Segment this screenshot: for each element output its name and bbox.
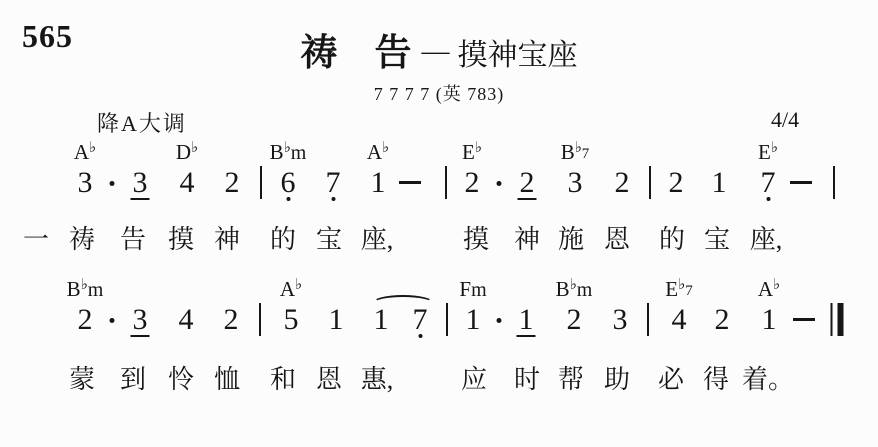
lyric-char: 摸	[168, 226, 194, 254]
chord-root: A	[758, 277, 773, 301]
note: 3A♭	[76, 168, 95, 198]
lyric-char: 告	[120, 226, 146, 254]
lyric-char: 着。	[742, 366, 794, 394]
chord-root: D	[176, 140, 191, 164]
note: 3	[131, 305, 150, 337]
lyric-char: 蒙	[69, 366, 95, 394]
lyric-char: 宝	[704, 226, 730, 254]
dash-note	[793, 318, 815, 321]
chord-root: A	[367, 140, 382, 164]
note: 2	[667, 168, 686, 198]
flat-sign: ♭	[678, 277, 685, 293]
chord-label: A♭	[367, 141, 389, 166]
chord-root: E	[462, 140, 475, 164]
chord-root: E	[758, 140, 771, 164]
note: 1Fm	[464, 305, 483, 335]
chord-root: A	[280, 277, 295, 301]
chord-label: E♭	[462, 141, 482, 166]
octave-dot	[331, 197, 335, 201]
flat-sign: ♭	[89, 140, 96, 156]
chord-suffix: m	[88, 279, 104, 301]
lyric-char: 的	[270, 226, 296, 254]
chord-label: B♭m	[556, 278, 593, 303]
lyrics-line-2: 蒙到怜恤和恩惠,应时帮助必得着。	[0, 366, 878, 398]
lyric-char: 神	[214, 226, 240, 254]
lyric-char: 恩	[316, 366, 342, 394]
lyric-char: 座,	[750, 226, 783, 254]
subtitle: 摸神宝座	[458, 39, 578, 72]
flat-sign: ♭	[284, 140, 291, 156]
note: 3	[131, 168, 150, 200]
chord-root: B	[270, 140, 284, 164]
chord-label: A♭	[280, 278, 302, 303]
barline	[259, 303, 261, 336]
note: 1A♭	[369, 168, 388, 198]
barline	[260, 166, 262, 199]
octave-dot	[418, 334, 422, 338]
note: 7E♭	[759, 168, 778, 198]
final-barline	[831, 303, 844, 336]
dash-note	[790, 181, 812, 184]
chord-label: Fm	[459, 278, 486, 301]
lyric-char: 施	[558, 226, 584, 254]
lyric-char: 帮	[558, 366, 584, 394]
barline	[446, 303, 448, 336]
chord-root: E	[665, 277, 678, 301]
flat-sign: ♭	[773, 277, 780, 293]
duration-dot	[110, 181, 115, 186]
chord-root: F	[459, 277, 471, 301]
flat-sign: ♭	[570, 277, 577, 293]
chord-suffix: m	[471, 279, 487, 301]
barline	[445, 166, 447, 199]
note: 7	[324, 168, 343, 198]
octave-dot	[286, 197, 290, 201]
title-row: 祷 告—摸神宝座	[0, 22, 878, 76]
lyric-char: 和	[270, 366, 296, 394]
barline	[649, 166, 651, 199]
time-signature: 4/4	[771, 107, 799, 133]
note: 1	[710, 168, 729, 198]
lyric-char: 怜	[168, 366, 194, 394]
lyric-char: 恤	[214, 366, 240, 394]
note: 6B♭m	[279, 168, 298, 198]
music-line-2: 2B♭m3425A♭1171Fm12B♭m34E♭721A♭	[0, 305, 878, 341]
barline	[647, 303, 649, 336]
lyric-char: 摸	[463, 226, 489, 254]
note: 4D♭	[178, 168, 197, 198]
note: 2E♭	[463, 168, 482, 198]
note: 4E♭7	[670, 305, 689, 335]
chord-label: E♭7	[665, 278, 692, 303]
octave-dot	[766, 197, 770, 201]
chord-label: E♭	[758, 141, 778, 166]
note: 2	[222, 305, 241, 335]
lyric-char: 宝	[316, 226, 342, 254]
chord-label: A♭	[758, 278, 780, 303]
flat-sign: ♭	[191, 140, 198, 156]
note: 3B♭7	[566, 168, 585, 198]
flat-sign: ♭	[295, 277, 302, 293]
lyric-char: 的	[659, 226, 685, 254]
chord-root: B	[67, 277, 81, 301]
lyric-char: 祷	[69, 226, 95, 254]
flat-sign: ♭	[382, 140, 389, 156]
chord-root: B	[561, 140, 575, 164]
note: 2	[223, 168, 242, 198]
lyric-char: 恩	[604, 226, 630, 254]
hymn-page: 565 祷 告—摸神宝座 7 7 7 7 (英 783) 降A大调 4/4 3A…	[0, 0, 878, 447]
chord-label: B♭m	[270, 141, 307, 166]
chord-suffix: m	[577, 279, 593, 301]
title-separator: —	[422, 36, 450, 67]
flat-sign: ♭	[475, 140, 482, 156]
lyric-char: 得	[703, 366, 729, 394]
chord-label: B♭m	[67, 278, 104, 303]
note: 1A♭	[760, 305, 779, 335]
flat-sign: ♭	[771, 140, 778, 156]
chord-label: B♭7	[561, 141, 590, 166]
duration-dot	[497, 181, 502, 186]
note: 1	[517, 305, 536, 337]
music-line-1: 3A♭34D♭26B♭m71A♭2E♭23B♭72217E♭	[0, 168, 878, 204]
lyric-char: 必	[658, 366, 684, 394]
chord-root: A	[74, 140, 89, 164]
lyric-char: 神	[514, 226, 540, 254]
note: 2B♭m	[565, 305, 584, 335]
chord-suffix: m	[291, 142, 307, 164]
note: 2	[613, 168, 632, 198]
page-title: 祷 告	[301, 33, 412, 74]
note: 2B♭m	[76, 305, 95, 335]
note: 5A♭	[282, 305, 301, 335]
chord-suffix: 7	[582, 146, 590, 162]
flat-sign: ♭	[81, 277, 88, 293]
chord-root: B	[556, 277, 570, 301]
note: 1	[327, 305, 346, 335]
chord-suffix: 7	[685, 283, 693, 299]
lyric-char: 惠,	[361, 366, 394, 394]
lyric-char: 一	[23, 226, 49, 254]
meter-numbers: 7 7 7 7 (英 783)	[0, 80, 878, 106]
note: 3	[611, 305, 630, 335]
lyrics-line-1: 一祷告摸神的宝座,摸神施恩的宝座,	[0, 226, 878, 258]
lyric-char: 应	[461, 366, 487, 394]
lyric-char: 到	[120, 366, 146, 394]
chord-label: D♭	[176, 141, 198, 166]
lyric-char: 时	[514, 366, 540, 394]
dash-note	[399, 181, 421, 184]
key-signature: 降A大调	[97, 107, 187, 138]
duration-dot	[110, 318, 115, 323]
chord-label: A♭	[74, 141, 96, 166]
note: 4	[177, 305, 196, 335]
duration-dot	[497, 318, 502, 323]
note: 7	[411, 305, 430, 335]
lyric-char: 助	[604, 366, 630, 394]
note: 2	[713, 305, 732, 335]
barline	[833, 166, 835, 199]
lyric-char: 座,	[361, 226, 394, 254]
note: 2	[518, 168, 537, 200]
